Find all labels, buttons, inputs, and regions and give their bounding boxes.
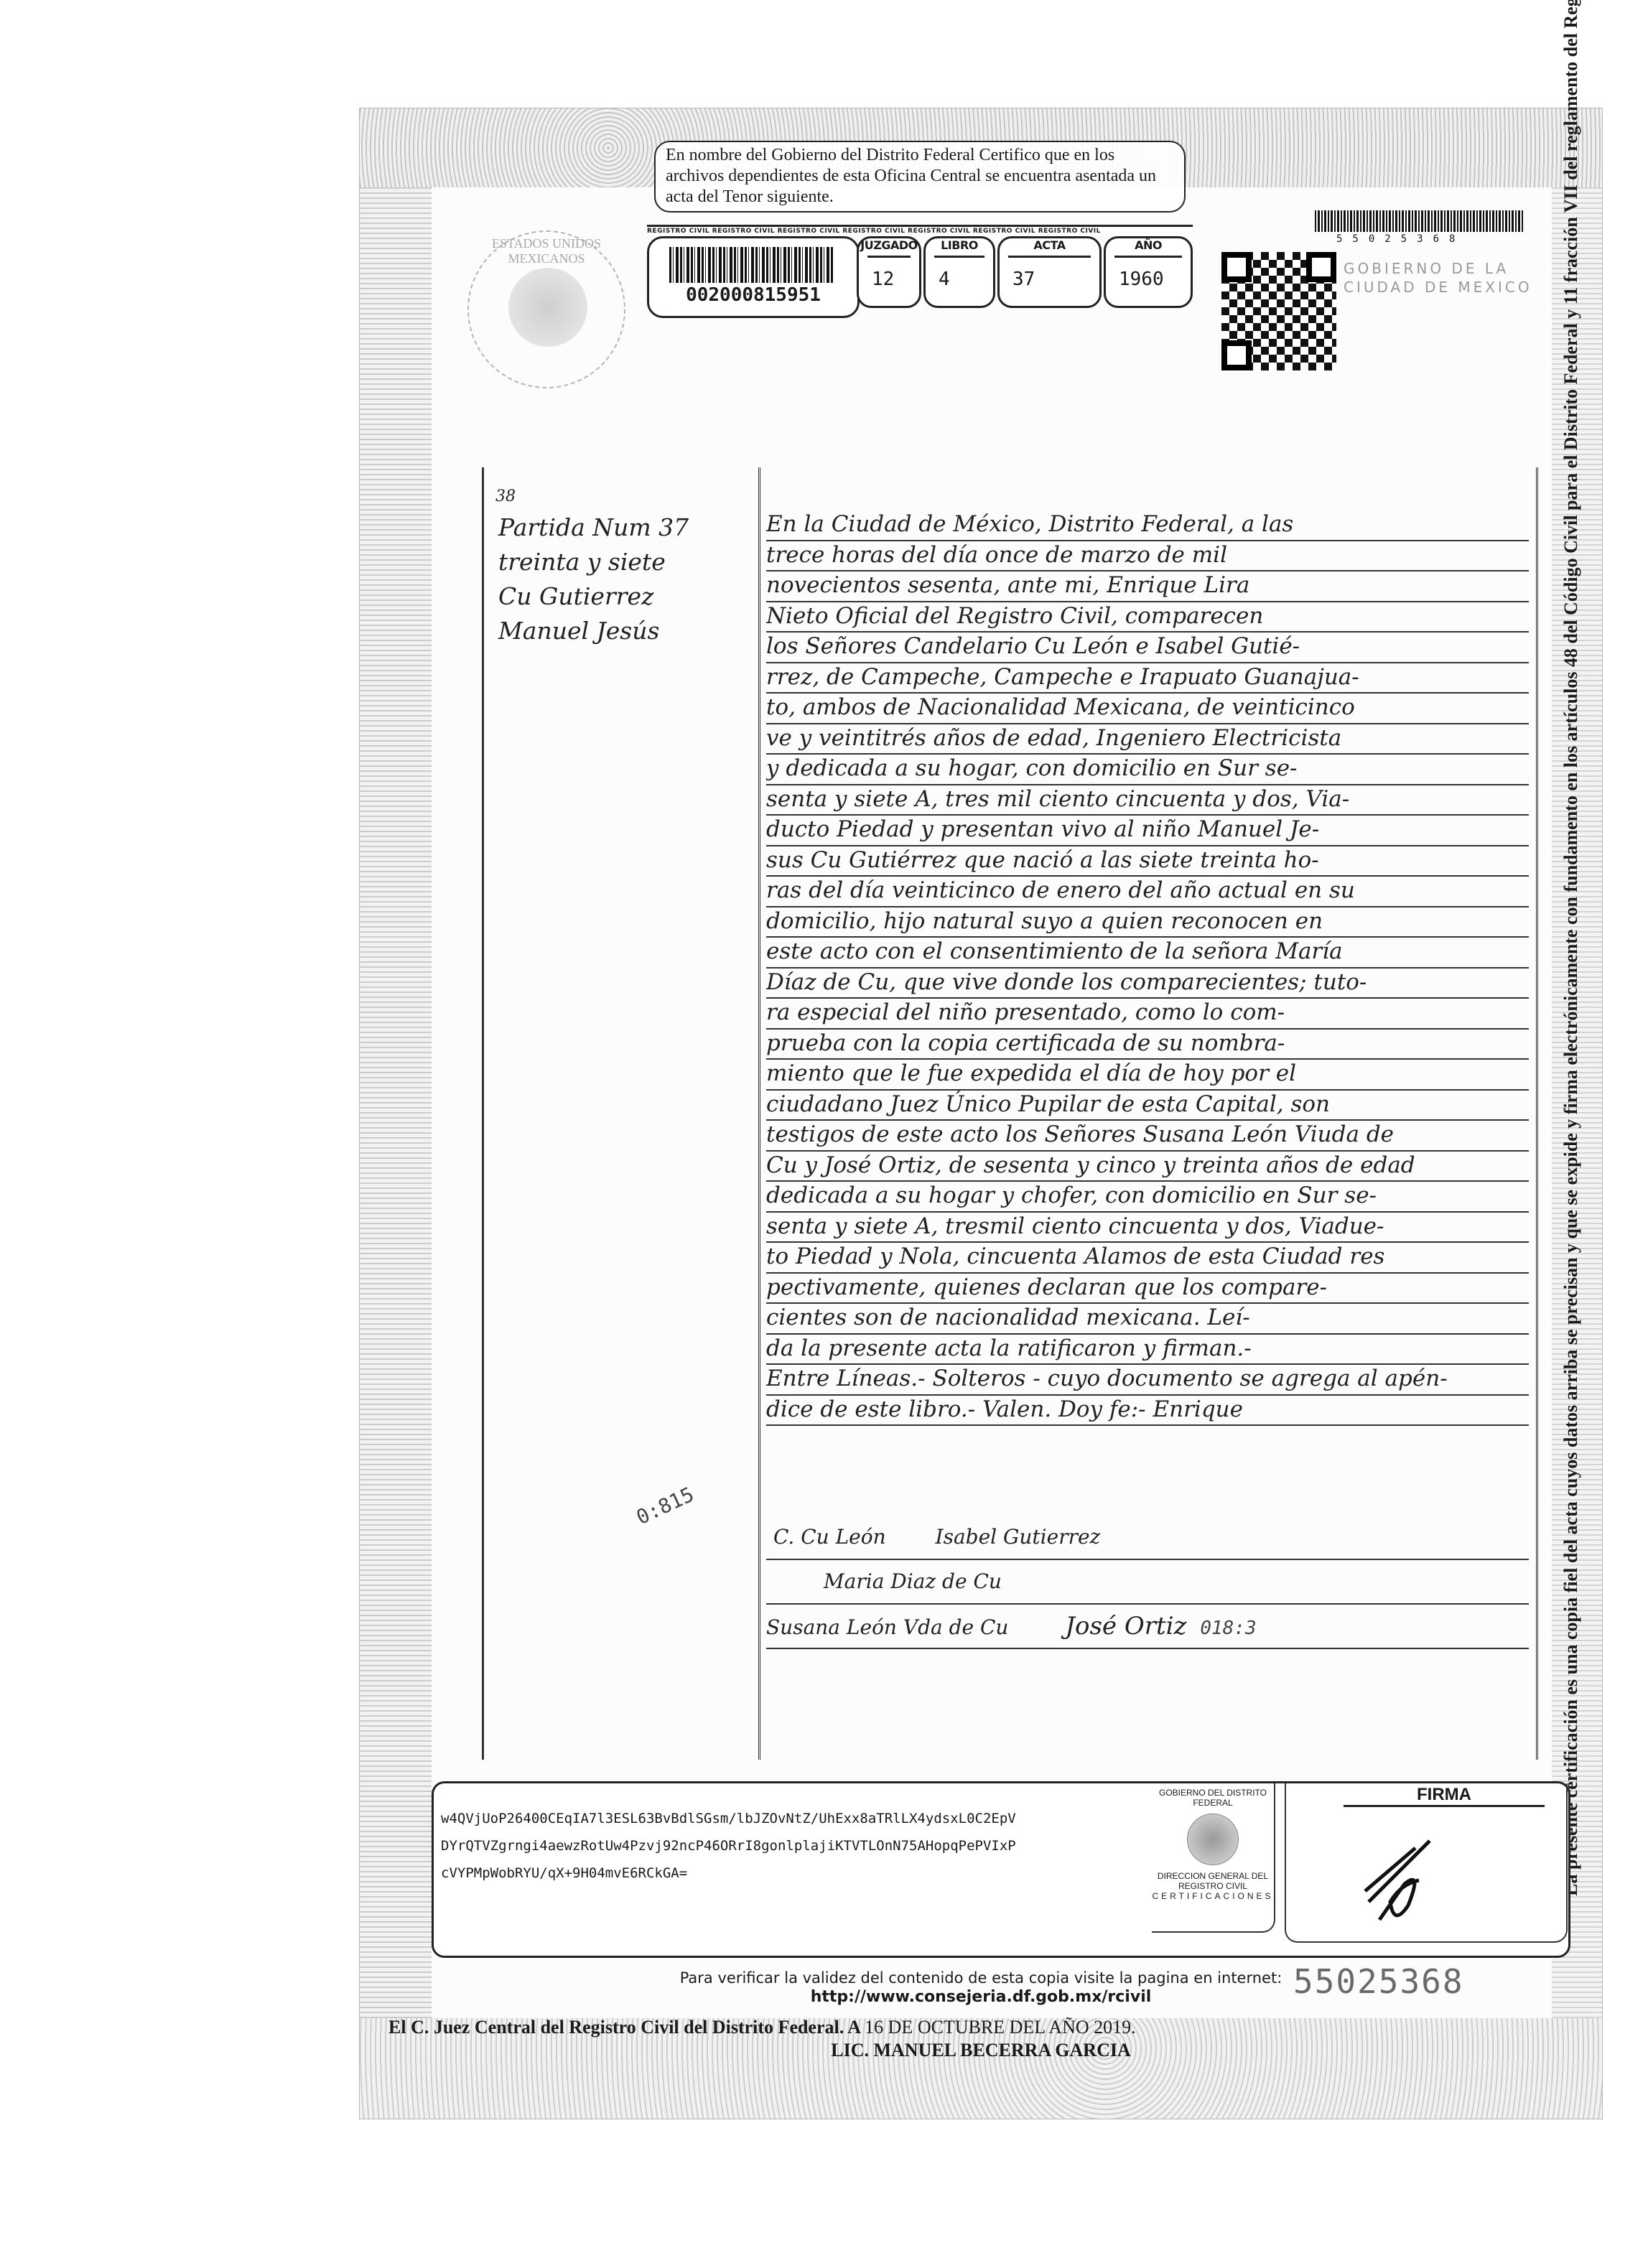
record-line: sus Cu Gutiérrez que nació a las siete t… [766,846,1529,877]
registry-strip: REGISTRO CIVIL REGISTRO CIVIL REGISTRO C… [647,225,1193,235]
serial-digits: 55025368 [1336,233,1523,245]
field-label: LIBRO [926,238,993,252]
field-value: 37 [1000,269,1099,290]
record-line: ve y veintitrés años de edad, Ingeniero … [766,724,1529,755]
record-line: Cu y José Ortiz, de sesenta y cinco y tr… [766,1152,1529,1182]
field-acta: ACTA 37 [997,236,1102,308]
national-seal-icon: ESTADOS UNIDOS MEXICANOS [467,230,625,388]
record-line: to Piedad y Nola, cincuenta Alamos de es… [766,1243,1529,1274]
signature: Isabel Gutierrez [936,1525,1101,1549]
record-line: dedicada a su hogar y chofer, con domici… [766,1182,1529,1213]
field-juzgado: JUZGADO 12 [857,236,921,308]
signature-row: Susana León Vda de Cu José Ortiz 018:3 [766,1605,1529,1649]
record-line: senta y siete A, tres mil ciento cincuen… [766,785,1529,816]
field-value: 1960 [1106,269,1191,290]
divider [867,256,911,258]
digital-signature-hash: w4QVjUoP26400CEqIA7l3ESL63BvBdlSGsm/lbJZ… [441,1805,1016,1887]
field-label: ACTA [1000,238,1099,252]
record-line: ducto Piedad y presentan vivo al niño Ma… [766,816,1529,846]
hash-line: w4QVjUoP26400CEqIA7l3ESL63BvBdlSGsm/lbJZ… [441,1805,1016,1832]
partida-line: Partida Num 37 [498,510,750,545]
record-line: rrez, de Campeche, Campeche e Irapuato G… [766,663,1529,694]
field-label: JUZGADO [859,238,919,252]
record-line: dice de este libro.- Valen. Doy fe:- Enr… [766,1396,1529,1427]
record-line: ras del día veinticinco de enero del año… [766,877,1529,907]
judge-text: El C. Juez Central del Registro Civil de… [388,2017,860,2038]
record-line: Nieto Oficial del Registro Civil, compar… [766,602,1529,633]
record-line: to, ambos de Nacionalidad Mexicana, de v… [766,694,1529,724]
qr-code-icon [1221,252,1336,370]
registry-stamp-right: 018:3 [1200,1607,1256,1650]
record-line: pectivamente, quienes declaran que los c… [766,1274,1529,1305]
issue-date: 16 DE OCTUBRE DEL AÑO 2019. [865,2017,1135,2038]
side-legend: La presente certificación es una copia f… [1560,130,1582,1896]
gov-label-bottom: DIRECCION GENERAL DEL REGISTRO CIVIL [1152,1871,1274,1891]
signature: Susana León Vda de Cu [766,1615,1008,1639]
serial-number-large: 55025368 [1293,1962,1464,2001]
signature-box: FIRMA [1285,1783,1568,1943]
civil-registry-record: 38 Partida Num 37 treinta y siete Cu Gut… [482,467,1545,1760]
judge-name: LIC. MANUEL BECERRA GARCIA [360,2040,1602,2061]
record-line: cientes son de nacionalidad mexicana. Le… [766,1304,1529,1335]
gov-department: CERTIFICACIONES [1152,1891,1274,1901]
record-line: y dedicada a su hogar, con domicilio en … [766,755,1529,785]
signature-row: C. Cu León Isabel Gutierrez [766,1516,1529,1560]
field-value: 4 [926,269,993,290]
record-body-text: En la Ciudad de México, Distrito Federal… [766,510,1529,1426]
record-line: domicilio, hijo natural suyo a quien rec… [766,907,1529,938]
government-seal-block: GOBIERNO DEL DISTRITO FEDERAL DIRECCION … [1152,1783,1275,1933]
guilloche-border-left [360,187,432,2018]
divider [934,256,984,258]
record-line: Díaz de Cu, que vive donde los compareci… [766,969,1529,999]
page-number: 38 [495,487,516,505]
seal-text: ESTADOS UNIDOS MEXICANOS [492,236,601,266]
judge-statement: El C. Juez Central del Registro Civil de… [388,2017,1136,2038]
field-label: AÑO [1106,238,1191,252]
signature-row: Maria Diaz de Cu [766,1560,1529,1605]
record-line: trece horas del día once de marzo de mil [766,541,1529,572]
gov-label-top: GOBIERNO DEL DISTRITO FEDERAL [1152,1788,1274,1808]
record-line: ciudadano Juez Único Pupilar de esta Cap… [766,1091,1529,1121]
birth-certificate-sheet: ESTADOS UNIDOS MEXICANOS En nombre del G… [359,108,1603,2119]
record-line: miento que le fue expedida el día de hoy… [766,1060,1529,1091]
signature: C. Cu León [773,1525,886,1549]
field-ano: AÑO 1960 [1104,236,1193,308]
hash-line: DYrQTVZgrngi4aewzRotUw4Pzvj92ncP46ORrI8g… [441,1832,1016,1859]
partida-line: treinta y siete [498,545,750,579]
record-line: En la Ciudad de México, Distrito Federal… [766,510,1529,541]
government-watermark: GOBIERNO DE LA CIUDAD DE MEXICO [1344,259,1552,297]
document-id-number: 002000815951 [649,284,857,306]
record-line: Entre Líneas.- Solteros - cuyo documento… [766,1365,1529,1396]
divider [1114,256,1182,258]
record-margin-column: 38 Partida Num 37 treinta y siete Cu Gut… [482,467,757,1760]
certification-statement: En nombre del Gobierno del Distrito Fede… [654,141,1186,213]
record-line: testigos de este acto los Señores Susana… [766,1121,1529,1152]
field-libro: LIBRO 4 [923,236,995,308]
registry-stamp-left: 0:815 [633,1483,697,1530]
hash-line: cVYPMpWobRYU/qX+9H04mvE6RCkGA= [441,1859,1016,1887]
record-line: este acto con el consentimiento de la se… [766,938,1529,969]
signature: Maria Diaz de Cu [824,1569,1002,1593]
electronic-signature-panel: w4QVjUoP26400CEqIA7l3ESL63BvBdlSGsm/lbJZ… [432,1781,1570,1958]
handwritten-signature-icon [1351,1826,1458,1927]
record-line: los Señores Candelario Cu León e Isabel … [766,633,1529,663]
record-line: novecientos sesenta, ante mi, Enrique Li… [766,571,1529,602]
eagle-seal-icon [1187,1814,1239,1865]
partida-note: Partida Num 37 treinta y siete Cu Gutier… [498,510,750,648]
record-line: da la presente acta la ratificaron y fir… [766,1335,1529,1366]
firma-label: FIRMA [1344,1785,1545,1807]
record-body-column: En la Ciudad de México, Distrito Federal… [758,467,1538,1760]
field-value: 12 [859,269,919,290]
partida-line: Manuel Jesús [498,614,750,648]
signature-block: C. Cu León Isabel Gutierrez Maria Diaz d… [766,1516,1529,1649]
document-id-box: 002000815951 [647,236,860,318]
divider [1008,256,1091,258]
serial-barcode-icon [1315,210,1523,232]
eagle-emblem-icon [508,268,587,347]
signature: José Ortiz [1065,1612,1186,1641]
partida-line: Cu Gutierrez [498,579,750,614]
barcode-icon [669,247,834,283]
record-line: senta y siete A, tresmil ciento cincuent… [766,1213,1529,1243]
record-line: prueba con la copia certificada de su no… [766,1030,1529,1060]
record-line: ra especial del niño presentado, como lo… [766,999,1529,1030]
